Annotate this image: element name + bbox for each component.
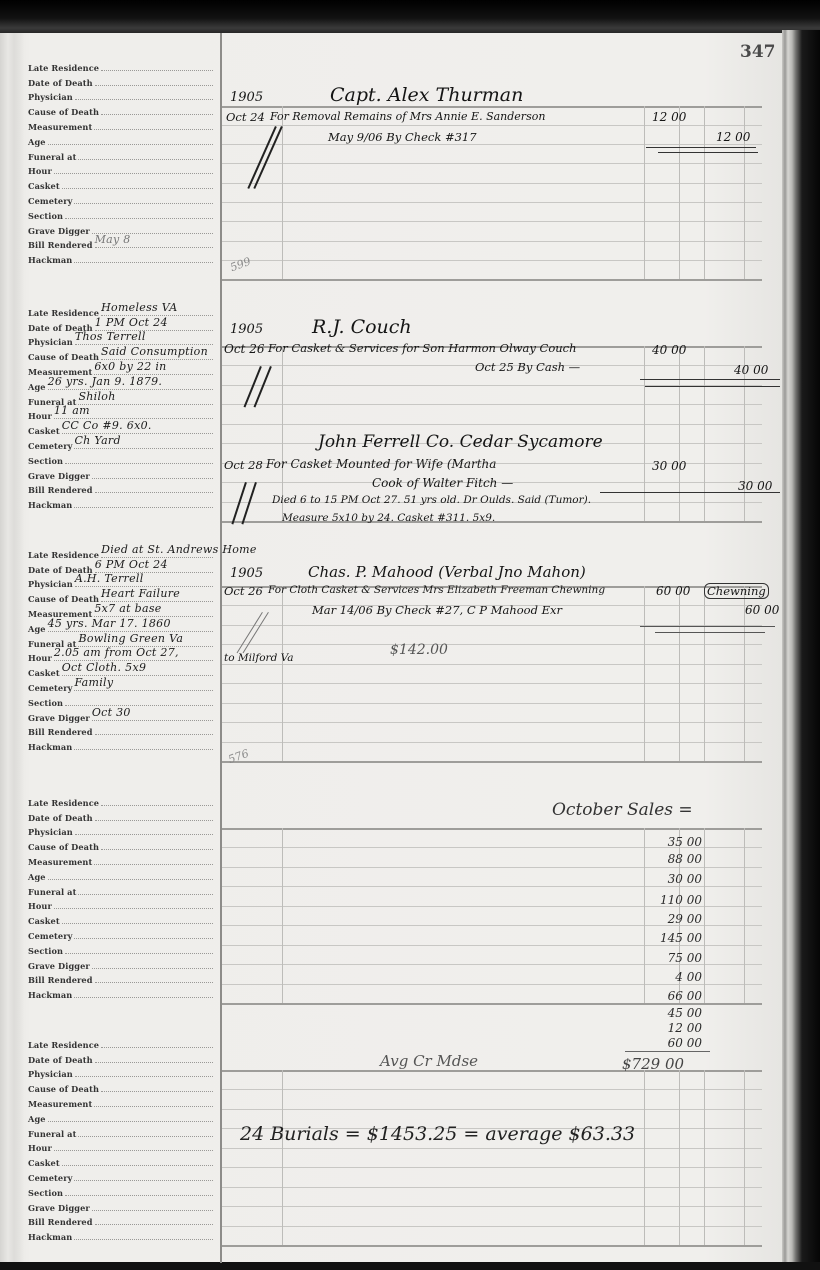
book-top-edge <box>0 0 820 34</box>
settled-rule <box>655 632 765 633</box>
entry-hour-cont: to Milford Va <box>224 652 294 664</box>
field-physician: Physician <box>28 823 213 838</box>
book-bottom-edge <box>0 1262 820 1270</box>
sales-value: 88 00 <box>642 852 702 866</box>
sales-value: 4 00 <box>642 970 702 984</box>
entry-description-cont: Cook of Walter Fitch — <box>372 476 513 490</box>
settled-rule <box>646 147 756 148</box>
settled-rule <box>600 492 780 493</box>
field-section: Section <box>28 1183 213 1198</box>
section-rule <box>222 1245 762 1247</box>
field-date-of-death: Date of Death <box>28 808 213 823</box>
sales-value: 30 00 <box>642 872 702 886</box>
field-hour: Hour <box>28 897 213 912</box>
field-hackman: Hackman <box>28 985 213 1000</box>
field-age: Age <box>28 1109 213 1124</box>
section-rule <box>222 828 762 830</box>
field-cemetery: Cemetery <box>28 191 213 206</box>
field-funeral-at: Funeral at <box>28 1124 213 1139</box>
field-section: Section <box>28 206 213 221</box>
field-casket: CasketOct Cloth. 5x9 <box>28 663 213 678</box>
field-bill-rendered: Bill Rendered <box>28 1213 213 1228</box>
entry-note: Died 6 to 15 PM Oct 27. 51 yrs old. Dr O… <box>272 494 591 506</box>
field-casket: Casket <box>28 1153 213 1168</box>
record-form-3: Late ResidenceDied at St. Andrews Home D… <box>28 545 213 752</box>
sales-value: 45 00 <box>642 1006 702 1020</box>
entry-description: For Casket & Services for Son Harmon Olw… <box>268 341 577 355</box>
field-hour: Hour <box>28 162 213 177</box>
entry-year: 1905 <box>230 90 263 105</box>
sales-value: 75 00 <box>642 951 702 965</box>
field-cause-of-death: Cause of Death <box>28 837 213 852</box>
entry-payment: Mar 14/06 By Check #27, C P Mahood Exr <box>312 603 562 617</box>
field-date-of-death: Date of Death <box>28 73 213 88</box>
field-age: Age <box>28 132 213 147</box>
settled-rule <box>640 626 775 627</box>
entry-payment: Oct 25 By Cash — <box>475 360 580 374</box>
field-physician: Physician <box>28 88 213 103</box>
field-hackman: Hackman <box>28 495 213 510</box>
section-rule <box>222 106 762 108</box>
record-form-1: Late Residence Date of Death Physician C… <box>28 58 213 265</box>
sales-total: $729 00 <box>622 1055 684 1073</box>
sales-note: Avg Cr Mdse <box>380 1052 478 1070</box>
field-measurement: Measurement <box>28 852 213 867</box>
entry-credit-note: Chewning <box>704 583 769 599</box>
sum-rule <box>625 1051 710 1052</box>
entry-payment: May 9/06 By Check #317 <box>328 130 477 144</box>
field-hackman: Hackman <box>28 737 213 752</box>
entry-name: Chas. P. Mahood (Verbal Jno Mahon) <box>308 563 586 581</box>
entry-date: Oct 26 <box>224 584 263 598</box>
section-rule <box>222 279 762 281</box>
left-gutter <box>0 33 24 1270</box>
field-bill-rendered: Bill RenderedMay 8 <box>28 236 213 251</box>
field-casket: Casket <box>28 176 213 191</box>
settled-rule <box>658 152 758 153</box>
burials-summary: 24 Burials = $1453.25 = average $63.33 <box>240 1123 635 1145</box>
entry-credit: 12 00 <box>716 130 750 144</box>
entry-description: For Casket Mounted for Wife (Martha <box>266 457 496 471</box>
entry-date: Oct 24 <box>226 110 265 124</box>
entry-name: John Ferrell Co. Cedar Sycamore <box>318 432 603 452</box>
record-form-5: Late Residence Date of Death Physician C… <box>28 1035 213 1242</box>
field-late-residence: Late Residence <box>28 793 213 808</box>
field-grave-digger: Grave Digger <box>28 466 213 481</box>
field-bill-rendered: Bill Rendered <box>28 723 213 738</box>
entry-description: For Cloth Casket & Services Mrs Elizabet… <box>268 584 605 596</box>
field-hackman: Hackman <box>28 250 213 265</box>
entry-debit: 60 00 <box>656 584 690 598</box>
sales-value: 29 00 <box>642 912 702 926</box>
field-date-of-death: Date of Death <box>28 1050 213 1065</box>
entry-debit: 30 00 <box>652 459 686 473</box>
field-section: Section <box>28 941 213 956</box>
settled-rule <box>645 386 780 387</box>
entry-debit: 12 00 <box>652 110 686 124</box>
field-funeral-at: Funeral at <box>28 882 213 897</box>
field-cemetery: Cemetery <box>28 926 213 941</box>
settled-rule <box>640 379 780 380</box>
entry-description: For Removal Remains of Mrs Annie E. Sand… <box>270 110 545 123</box>
field-grave-digger: Grave Digger <box>28 1198 213 1213</box>
entry-date: Oct 26 <box>224 342 264 356</box>
field-cause-of-death: Cause of Death <box>28 1079 213 1094</box>
sales-value: 35 00 <box>642 835 702 849</box>
field-section: Section <box>28 451 213 466</box>
field-grave-digger: Grave Digger <box>28 956 213 971</box>
entry-credit: 30 00 <box>738 479 772 493</box>
section-rule <box>222 1003 762 1005</box>
entry-name: R.J. Couch <box>312 316 412 338</box>
entry-year: 1905 <box>230 322 263 337</box>
field-funeral-at: Funeral at <box>28 147 213 162</box>
field-casket: Casket <box>28 911 213 926</box>
field-measurement: Measurement <box>28 1094 213 1109</box>
field-late-residence: Late Residence <box>28 58 213 73</box>
sales-value: 60 00 <box>642 1036 702 1050</box>
field-age: Age26 yrs. Jan 9. 1879. <box>28 377 213 392</box>
entry-memo: $142.00 <box>390 642 448 658</box>
field-hackman: Hackman <box>28 1227 213 1242</box>
field-measurement: Measurement <box>28 117 213 132</box>
section-rule <box>222 761 762 763</box>
record-form-4: Late Residence Date of Death Physician C… <box>28 793 213 1000</box>
ledger-grid <box>222 33 782 1263</box>
field-bill-rendered: Bill Rendered <box>28 481 213 496</box>
sales-value: 66 00 <box>642 989 702 1003</box>
field-cemetery: Cemetery <box>28 1168 213 1183</box>
field-cemetery: CemeteryCh Yard <box>28 436 213 451</box>
field-cause-of-death: Cause of Death <box>28 102 213 117</box>
field-late-residence: Late Residence <box>28 1035 213 1050</box>
sales-value: 110 00 <box>642 893 702 907</box>
field-hour: Hour <box>28 1139 213 1154</box>
entry-credit: 60 00 <box>745 603 779 617</box>
sales-value: 145 00 <box>642 931 702 945</box>
field-bill-rendered: Bill Rendered <box>28 971 213 986</box>
entry-year: 1905 <box>230 566 263 581</box>
entry-date: Oct 28 <box>224 458 263 472</box>
entry-credit: 40 00 <box>734 363 768 377</box>
field-age: Age <box>28 867 213 882</box>
field-grave-digger: Grave DiggerOct 30 <box>28 708 213 723</box>
record-form-2: Late ResidenceHomeless VA Date of Death1… <box>28 303 213 510</box>
sales-value: 12 00 <box>642 1021 702 1035</box>
book-spine-edge <box>782 30 820 1270</box>
entry-note: Measure 5x10 by 24. Casket #311. 5x9. <box>282 512 495 524</box>
entry-debit: 40 00 <box>652 343 686 357</box>
sales-heading: October Sales = <box>552 800 693 820</box>
field-physician: Physician <box>28 1065 213 1080</box>
field-cemetery: CemeteryFamily <box>28 678 213 693</box>
entry-name: Capt. Alex Thurman <box>330 84 523 106</box>
